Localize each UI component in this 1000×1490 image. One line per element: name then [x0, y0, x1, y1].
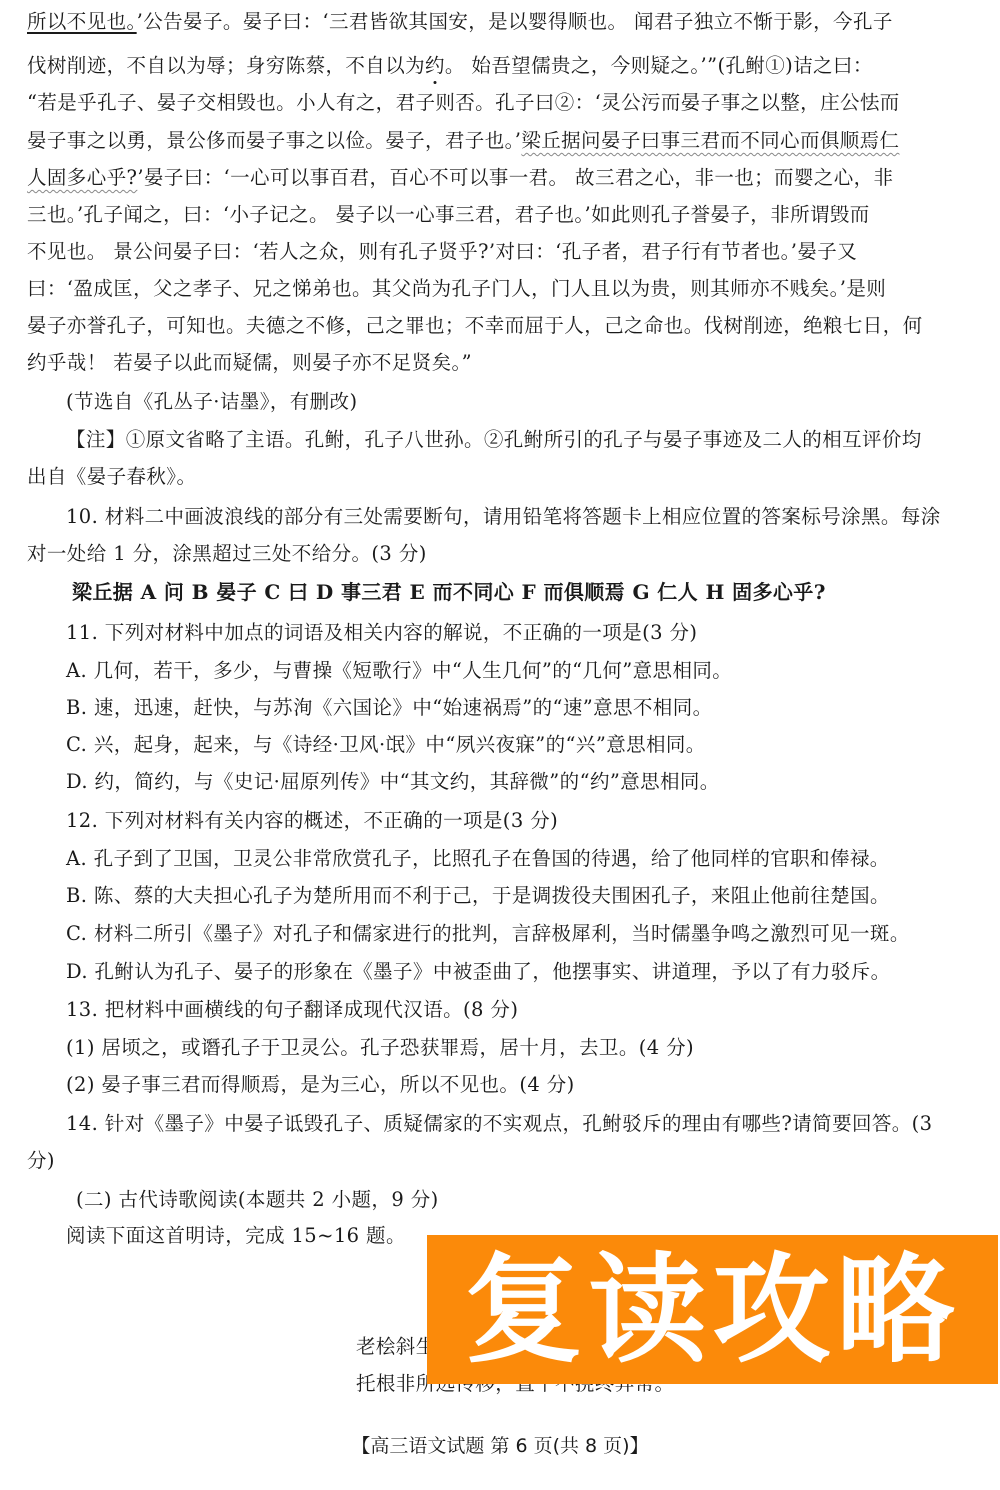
q12-stem: 12. 下列对材料有关内容的概述，不正确的一项是(3 分): [66, 807, 1000, 835]
q10-segmented-sentence: 梁丘据 A 问 B 晏子 C 曰 D 事三君 E 而不同心 F 而俱顺焉 G 仁…: [72, 578, 1000, 606]
q11-stem: 11. 下列对材料中加点的词语及相关内容的解说，不正确的一项是(3 分): [66, 619, 1000, 647]
q11-option-c: C. 兴，起身，起来，与《诗经·卫风·氓》中“夙兴夜寐”的“兴”意思相同。: [66, 731, 1000, 759]
passage-line-2: 伐树削迹，不自以为辱；身穷陈蔡，不自以为约。 始吾望儒贵之，今则疑之。’”(孔鲋…: [27, 52, 977, 80]
q12-option-a: A. 孔子到了卫国，卫灵公非常欣赏孔子，比照孔子在鲁国的待遇，给了他同样的官职和…: [66, 845, 1000, 873]
q11-option-a: A. 几何，若干，多少，与曹操《短歌行》中“人生几何”的“几何”意思相同。: [66, 657, 1000, 685]
exam-page: 所以不见也。’公告晏子。晏子曰：‘三君皆欲其国安，是以婴得顺也。 闻君子独立不惭…: [0, 0, 1000, 1490]
q11-option-b: B. 速，迅速，赶快，与苏洵《六国论》中“始速祸焉”的“速”意思不相同。: [66, 694, 1000, 722]
passage-line-7: 不见也。 景公问晏子曰：‘若人之众，则有孔子贤乎?’对曰：‘孔子者，君子行有节者…: [27, 238, 977, 266]
passage-line-4: 晏子事之以勇，景公侈而晏子事之以俭。晏子，君子也。’梁丘据问晏子曰事三君而不同心…: [27, 127, 977, 155]
q14-stem-line-1: 14. 针对《墨子》中晏子诋毁孔子、质疑儒家的不实观点，孔鲋驳斥的理由有哪些?请…: [66, 1110, 1000, 1138]
passage-line-6: 三也。’孔子闻之，曰：‘小子记之。 晏子以一心事三君，君子也。’如此则孔子誉晏子…: [27, 201, 977, 229]
q13-stem: 13. 把材料中画横线的句子翻译成现代汉语。(8 分): [66, 996, 1000, 1024]
page-footer: 【高三语文试题 第 6 页(共 8 页)】: [0, 1432, 1000, 1460]
q12-option-d: D. 孔鲋认为孔子、晏子的形象在《墨子》中被歪曲了，他摆事实、讲道理，予以了有力…: [66, 958, 1000, 986]
underlined-sentence: 所以不见也。: [27, 10, 137, 33]
poem-line-1: 老桧斜生: [356, 1333, 436, 1361]
q12-option-c: C. 材料二所引《墨子》对孔子和儒家进行的批判，言辞极犀利，当时儒墨争鸣之激烈可…: [66, 920, 1000, 948]
passage-source: (节选自《孔丛子·诘墨》，有删改): [66, 388, 1000, 416]
passage-line-8: 曰：‘盈成匡，父之孝子、兄之悌弟也。其父尚为孔子门人，门人且以为贵，则其师亦不贱…: [27, 275, 977, 303]
passage-line-9: 晏子亦誉孔子，可知也。夫德之不修，己之罪也；不幸而屈于人，己之命也。伐树削迹，绝…: [27, 312, 977, 340]
emphasis-dot-char: 约: [425, 54, 445, 77]
q10-stem-line-2: 对一处给 1 分，涂黑超过三处不给分。(3 分): [27, 540, 977, 568]
q11-option-d: D. 约，简约，与《史记·屈原列传》中“其文约，其辞微”的“约”意思相同。: [66, 768, 1000, 796]
wavy-underlined-text: 梁丘据问晏子曰事三君而不同心而俱顺焉仁: [521, 129, 899, 152]
q14-stem-line-2: 分): [27, 1147, 977, 1175]
note-line-2: 出自《晏子春秋》。: [27, 463, 977, 491]
note-line-1: 【注】①原文省略了主语。孔鲋，孔子八世孙。②孔鲋所引的孔子与晏子事迹及二人的相互…: [66, 426, 1000, 454]
q12-option-b: B. 陈、蔡的大夫担心孔子为楚所用而不利于己，于是调拨役夫围困孔子，来阻止他前往…: [66, 882, 1000, 910]
wavy-underlined-text: 人固多心乎?: [27, 166, 137, 189]
q13-item-1: (1) 居顷之，或谮孔子于卫灵公。孔子恐获罪焉，居十月，去卫。(4 分): [66, 1034, 1000, 1062]
passage-line-1: 所以不见也。’公告晏子。晏子曰：‘三君皆欲其国安，是以婴得顺也。 闻君子独立不惭…: [27, 8, 977, 36]
passage-line-3: “若是乎孔子、晏子交相毁也。小人有之，君子则否。孔子曰②：‘灵公污而晏子事之以整…: [27, 89, 977, 117]
watermark-banner: 复读攻略: [427, 1235, 998, 1384]
q10-stem-line-1: 10. 材料二中画波浪线的部分有三处需要断句，请用铅笔将答题卡上相应位置的答案标…: [66, 503, 1000, 531]
passage-line-10: 约乎哉！ 若晏子以此而疑儒，则晏子亦不足贤矣。”: [27, 349, 977, 377]
q13-item-2: (2) 晏子事三君而得顺焉，是为三心，所以不见也。(4 分): [66, 1071, 1000, 1099]
passage-line-5: 人固多心乎?’晏子曰：‘一心可以事百君，百心不可以事一君。 故三君之心，非一也；…: [27, 164, 977, 192]
watermark-text: 复读攻略: [464, 1251, 960, 1369]
section-2-title: (二) 古代诗歌阅读(本题共 2 小题，9 分): [76, 1186, 1000, 1214]
